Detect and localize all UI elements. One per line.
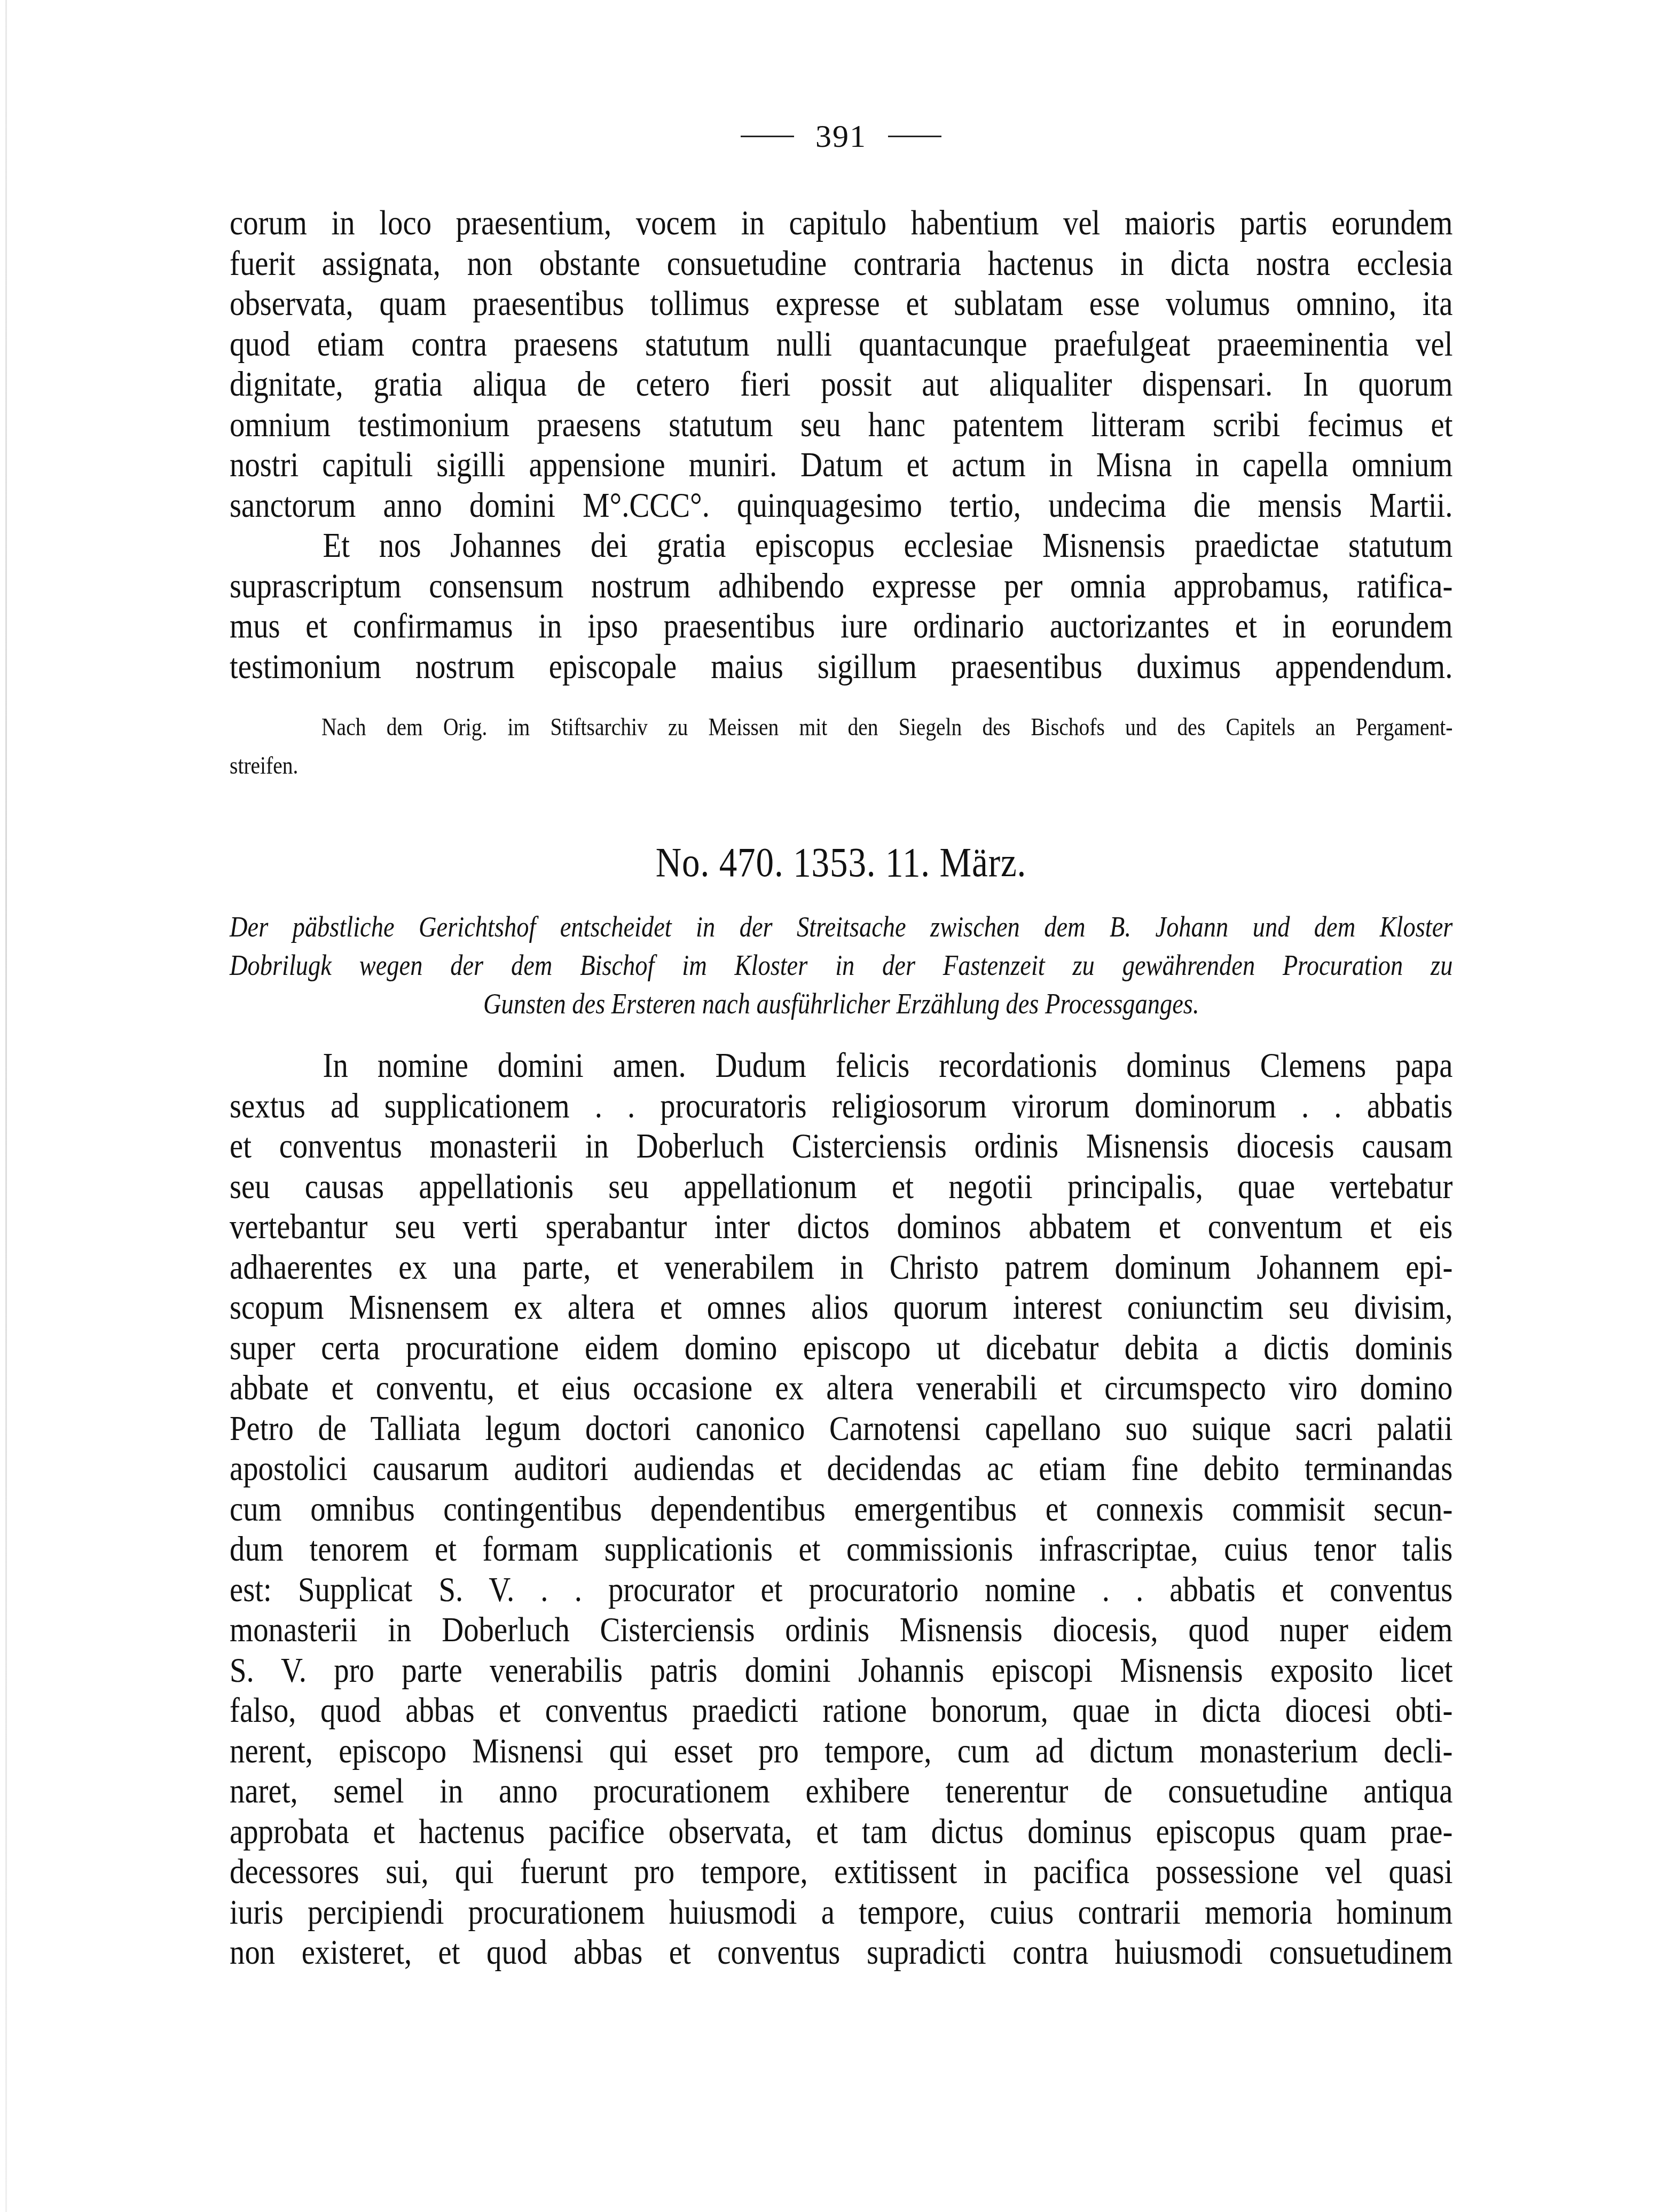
text-line: monasterii in Doberluch Cisterciensis or… [230, 1610, 1452, 1650]
text-line: iuris percipiendi procurationem huiusmod… [230, 1892, 1452, 1933]
continuation-paragraph-2: Et nos Johannes dei gratia episcopus ecc… [230, 525, 1452, 687]
text-line: fuerit assignata, non obstante consuetud… [230, 243, 1452, 284]
document-regest: Der päbstliche Gerichtshof entscheidet i… [230, 908, 1452, 1023]
text-line: nostri capituli sigilli appensione munir… [230, 445, 1452, 485]
text-line: sextus ad supplicationem . . procuratori… [230, 1086, 1452, 1127]
text-line: Petro de Talliata legum doctori canonico… [230, 1408, 1452, 1449]
book-page: 391 corum in loco praesentium, vocem in … [230, 107, 1452, 1973]
document-text: In nomine domini amen. Dudum felicis rec… [230, 1045, 1452, 1973]
text-line: decessores sui, qui fuerunt pro tempore,… [230, 1852, 1452, 1892]
text-line: sanctorum anno domini M°.CCC°. quinquage… [230, 485, 1452, 526]
text-line: seu causas appellationis seu appellation… [230, 1167, 1452, 1207]
text-line: scopum Misnensem ex altera et omnes alio… [230, 1287, 1452, 1328]
text-line: corum in loco praesentium, vocem in capi… [230, 203, 1452, 243]
running-head-dash-left [741, 136, 794, 137]
running-head-dash-right [888, 136, 941, 137]
document-heading: No. 470. 1353. 11. März. [315, 838, 1367, 886]
text-line: observata, quam praesentibus tollimus ex… [230, 284, 1452, 324]
text-line: quod etiam contra praesens statutum null… [230, 324, 1452, 365]
text-line: S. V. pro parte venerabilis patris domin… [230, 1650, 1452, 1691]
text-line: testimonium nostrum episcopale maius sig… [230, 647, 1452, 687]
text-line: suprascriptum consensum nostrum adhibend… [230, 566, 1452, 607]
text-line: dum tenorem et formam supplicationis et … [230, 1529, 1452, 1570]
text-line: super certa procuratione eidem domino ep… [230, 1328, 1452, 1368]
page-binding-edge [5, 0, 7, 2212]
text-line: approbata et hactenus pacifice observata… [230, 1812, 1452, 1852]
source-note: Nach dem Orig. im Stiftsarchiv zu Meisse… [230, 708, 1452, 785]
page-number: 391 [815, 118, 867, 155]
running-head: 391 [230, 107, 1452, 166]
source-note-line: Nach dem Orig. im Stiftsarchiv zu Meisse… [230, 708, 1452, 746]
text-line: abbate et conventu, et eius occasione ex… [230, 1368, 1452, 1408]
continuation-paragraph-1: corum in loco praesentium, vocem in capi… [230, 203, 1452, 525]
text-line: Et nos Johannes dei gratia episcopus ecc… [230, 525, 1452, 566]
text-line: In nomine domini amen. Dudum felicis rec… [230, 1045, 1452, 1086]
text-line: vertebantur seu verti sperabantur inter … [230, 1207, 1452, 1247]
text-line: est: Supplicat S. V. . . procurator et p… [230, 1570, 1452, 1610]
regest-line: Gunsten des Ersteren nach ausführlicher … [230, 985, 1452, 1023]
text-line: omnium testimonium praesens statutum seu… [230, 405, 1452, 445]
text-line: falso, quod abbas et conventus praedicti… [230, 1690, 1452, 1731]
text-line: cum omnibus contingentibus dependentibus… [230, 1489, 1452, 1530]
regest-line: Dobrilugk wegen der dem Bischof im Klost… [230, 946, 1452, 985]
text-line: apostolici causarum auditori audiendas e… [230, 1449, 1452, 1489]
text-line: dignitate, gratia aliqua de cetero fieri… [230, 364, 1452, 405]
text-line: nerent, episcopo Misnensi qui esset pro … [230, 1731, 1452, 1772]
text-line: naret, semel in anno procurationem exhib… [230, 1771, 1452, 1812]
regest-line: Der päbstliche Gerichtshof entscheidet i… [230, 908, 1452, 946]
text-line: non existeret, et quod abbas et conventu… [230, 1932, 1452, 1973]
text-line: et conventus monasterii in Doberluch Cis… [230, 1126, 1452, 1167]
source-note-line: streifen. [230, 746, 1452, 785]
text-line: mus et confirmamus in ipso praesentibus … [230, 606, 1452, 647]
text-line: adhaerentes ex una parte, et venerabilem… [230, 1247, 1452, 1288]
